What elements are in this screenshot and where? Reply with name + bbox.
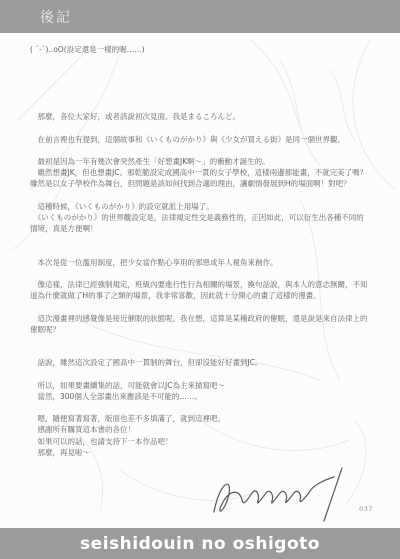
text-line bbox=[30, 100, 375, 111]
text-line bbox=[30, 301, 375, 312]
page-title: 後記 bbox=[40, 7, 72, 27]
text-line: 《いくものがかり》的世界觀設定是，法律規定性交是義務性的，正因如此，可以衍生出各… bbox=[30, 212, 375, 223]
text-line: 這次漫畫裡的感覺像是接近催眠的狀態呢。我在想，這算是某種政府的催眠，還是說是來自… bbox=[30, 313, 375, 324]
footer-title: seishidouin no oshigoto bbox=[80, 534, 320, 554]
text-line bbox=[30, 89, 375, 100]
text-line: 在前言裡也有提到，這個故事和《いくものがかり》與《少女が買える街》是同一個世界觀… bbox=[30, 134, 375, 145]
text-line bbox=[30, 145, 375, 156]
text-line: 那麼，再見啦～ bbox=[30, 447, 375, 458]
text-line: 所以，如果要畫續集的話，可能就會以JC為主來描寫吧～ bbox=[30, 380, 375, 391]
text-line bbox=[30, 55, 375, 66]
afterword-page: 後記 ( ´-`)..oO(設定還是一樣的喔……) 那麼，各位大家好，或者該說初… bbox=[0, 0, 400, 559]
text-line: 本次是從一位濫用制度，把少女當作點心享用的邪惡成年人視角來創作。 bbox=[30, 257, 375, 268]
text-line: ( ´-`)..oO(設定還是一樣的喔……) bbox=[30, 44, 375, 55]
text-line bbox=[30, 245, 375, 256]
text-line bbox=[30, 346, 375, 357]
text-line bbox=[30, 268, 375, 279]
text-line: 道為什麼就做了H的事了之類的場景，我非常喜歡，因此就十分開心的畫了這樣的漫畫。 bbox=[30, 290, 375, 301]
text-line: 雖然想畫JK，但也想畫JC。那乾脆設定成國高中一貫的女子學校，這樣兩邊都能畫，不… bbox=[30, 167, 375, 178]
text-line bbox=[30, 402, 375, 413]
author-signature bbox=[200, 462, 365, 527]
text-line: 情境，真是方便啊！ bbox=[30, 223, 375, 234]
text-line: 那麼，各位大家好，或者該說初次見面。我是まるころんど。 bbox=[30, 111, 375, 122]
text-line bbox=[30, 78, 375, 89]
page-number: 037 bbox=[359, 505, 373, 513]
text-line bbox=[30, 122, 375, 133]
text-line bbox=[30, 368, 375, 379]
afterword-text: ( ´-`)..oO(設定還是一樣的喔……) 那麼，各位大家好，或者該說初次見面… bbox=[30, 44, 375, 458]
text-line: 嗯，隨便寫著寫著，版面也差不多填滿了，就到這裡吧。 bbox=[30, 413, 375, 424]
text-line: 如果可以的話，也請支持下一本作品吧！ bbox=[30, 436, 375, 447]
text-line: 像這樣，法律已經強制規定，班級內要進行性行為相關的場景，換句話說，與本人的意志無… bbox=[30, 279, 375, 290]
page-header: 後記 bbox=[0, 0, 400, 33]
text-line: 感謝所有購買這本書的各位！ bbox=[30, 424, 375, 435]
page-footer: seishidouin no oshigoto bbox=[0, 528, 400, 559]
text-line: 最初是因為一年有幾次會突然產生「好想畫JK啊～」的衝動才誕生的。 bbox=[30, 156, 375, 167]
text-line bbox=[30, 234, 375, 245]
text-line: 雖然是以女子學校作為舞台，但問題是該如何找到合適的理由，讓劇情發展到H的場面啊！… bbox=[30, 178, 375, 189]
text-line: 催眠呢？ bbox=[30, 324, 375, 335]
text-line bbox=[30, 66, 375, 77]
text-line: 當然，300個人全部畫出來應該是不可能的……。 bbox=[30, 391, 375, 402]
text-line: 話說，雖然這次設定了國高中一貫制的舞台，但卻沒能好好畫到JC。 bbox=[30, 357, 375, 368]
text-line bbox=[30, 189, 375, 200]
text-line bbox=[30, 335, 375, 346]
text-line: 這種時候，《いくものがかり》的設定就派上用場了。 bbox=[30, 201, 375, 212]
